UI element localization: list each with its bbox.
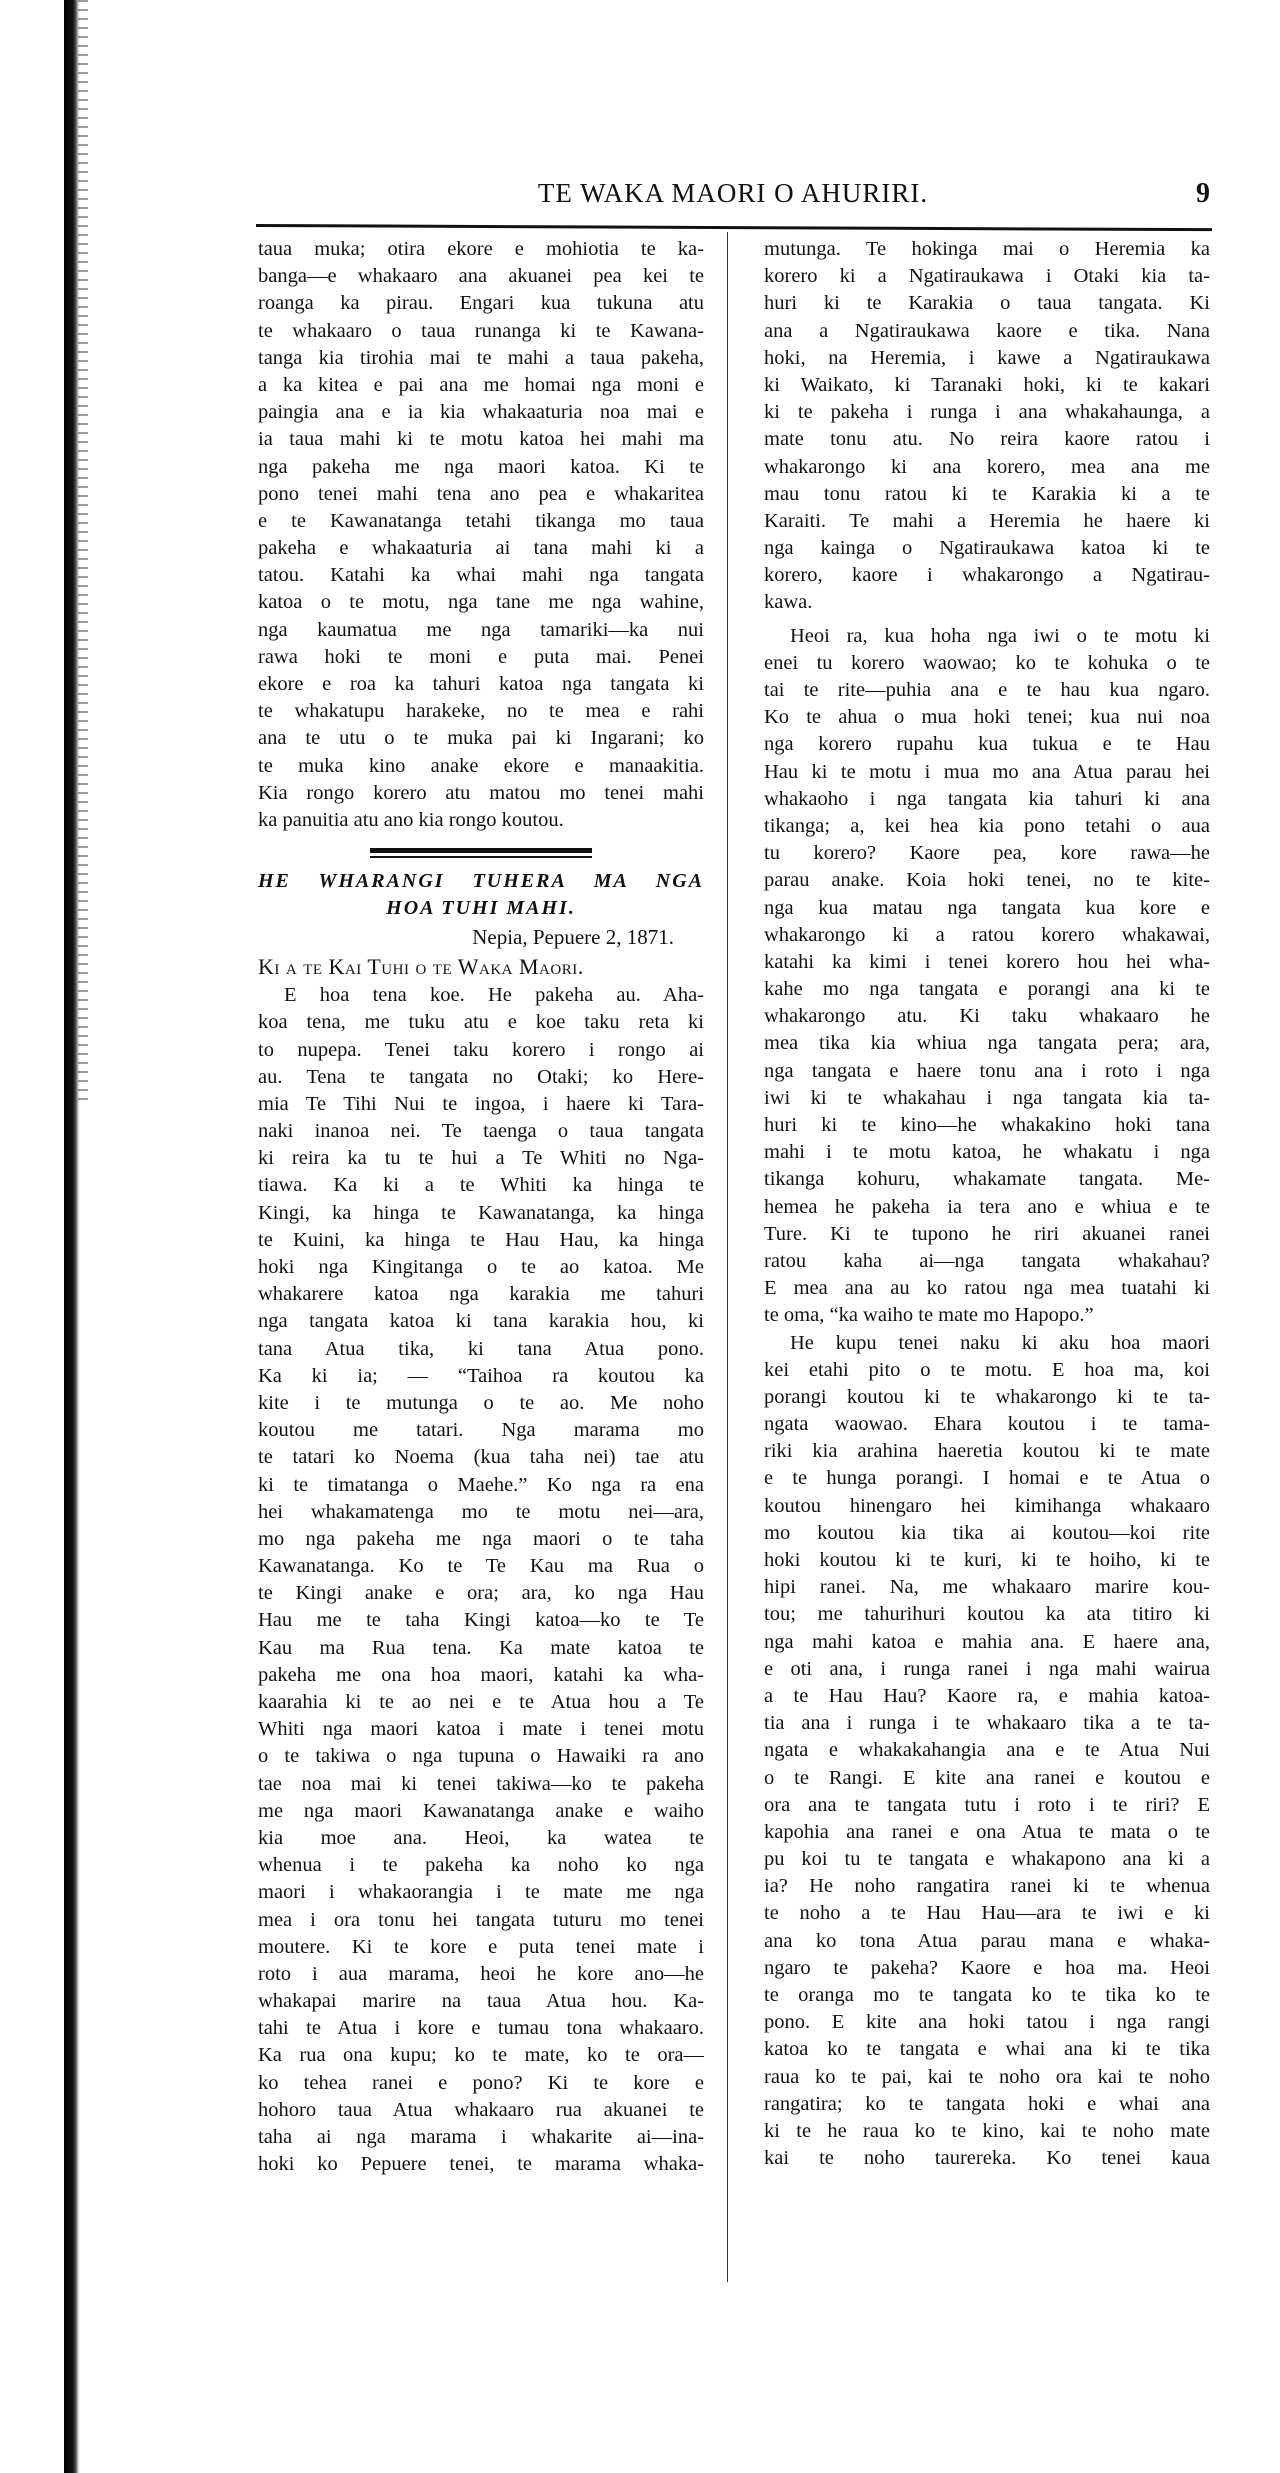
text-line: a te Hau Hau? Kaore ra, e mahia katoa- bbox=[764, 1683, 1210, 1710]
text-line: te oranga mo te tangata ko te tika ko te bbox=[764, 1982, 1210, 2009]
section-separator bbox=[370, 848, 592, 858]
text-line: mea tika kia whiua nga tangata pera; ara… bbox=[764, 1030, 1210, 1057]
text-line: ngata waowao. Ehara koutou i te tama- bbox=[764, 1411, 1210, 1438]
text-line: ora ana te tangata tutu i roto i te riri… bbox=[764, 1792, 1210, 1819]
letter-paragraph-1: mutunga. Te hokinga mai o Heremia kakore… bbox=[764, 236, 1210, 617]
text-line: whakarongo atu. Ki taku whakaaro he bbox=[764, 1003, 1210, 1030]
text-line: tikanga; a, kei hea kia pono tetahi o au… bbox=[764, 813, 1210, 840]
letter-headline-line2: HOA TUHI MAHI. bbox=[258, 895, 704, 922]
text-line: me nga maori Kawanatanga anake e waiho bbox=[258, 1798, 704, 1825]
right-column: mutunga. Te hokinga mai o Heremia kakore… bbox=[764, 236, 1210, 2172]
text-line: tu korero? Kaore pea, kore rawa—he bbox=[764, 840, 1210, 867]
text-line: nga tangata e haere tonu ana i roto i ng… bbox=[764, 1058, 1210, 1085]
text-line: Kia rongo korero atu matou mo tenei mahi bbox=[258, 780, 704, 807]
text-line: korero, kaore i whakarongo a Ngatirau- bbox=[764, 562, 1210, 589]
text-line: parau anake. Koia hoki tenei, no te kite… bbox=[764, 867, 1210, 894]
text-line: kawa. bbox=[764, 589, 1210, 616]
text-line: kia moe ana. Heoi, ka watea te bbox=[258, 1825, 704, 1852]
text-line: kite i te mutunga o te ao. Me noho bbox=[258, 1390, 704, 1417]
text-line: nga kaumatua me nga tamariki—ka nui bbox=[258, 617, 704, 644]
text-line: raua ko te pai, kai te noho ora kai te n… bbox=[764, 2064, 1210, 2091]
text-line: te Kingi anake e ora; ara, ko nga Hau bbox=[258, 1580, 704, 1607]
text-line: katoa o te motu, nga tane me nga wahine, bbox=[258, 589, 704, 616]
text-line: koutou me tatari. Nga marama mo bbox=[258, 1417, 704, 1444]
text-line: kai te noho taurereka. Ko tenei kaua bbox=[764, 2145, 1210, 2172]
text-line: te whakaaro o taua runanga ki te Kawana- bbox=[258, 318, 704, 345]
letter-body: E hoa tena koe. He pakeha au. Aha-koa te… bbox=[258, 982, 704, 2178]
text-line: katahi ka kimi i tenei korero hou hei wh… bbox=[764, 949, 1210, 976]
text-line: banga—e whakaaro ana akuanei pea kei te bbox=[258, 263, 704, 290]
text-line: korero ki a Ngatiraukawa i Otaki kia ta- bbox=[764, 263, 1210, 290]
text-line: He kupu tenei naku ki aku hoa maori bbox=[764, 1330, 1210, 1357]
text-line: pakeha e whakaaturia ai tana mahi ki a bbox=[258, 535, 704, 562]
text-line: hoki nga Kingitanga o te ao katoa. Me bbox=[258, 1254, 704, 1281]
text-line: Ture. Ki te tupono he riri akuanei ranei bbox=[764, 1221, 1210, 1248]
text-line: maori i whakaorangia i te mate me nga bbox=[258, 1879, 704, 1906]
text-line: ko tehea ranei e pono? Ki te kore e bbox=[258, 2070, 704, 2097]
text-line: rangatira; ko te tangata hoki e whai ana bbox=[764, 2091, 1210, 2118]
text-line: tia ana i runga i te whakaaro tika a te … bbox=[764, 1710, 1210, 1737]
text-line: te Kuini, ka hinga te Hau Hau, ka hinga bbox=[258, 1227, 704, 1254]
text-line: hemea he pakeha ia tera ano e whiua e te bbox=[764, 1194, 1210, 1221]
text-line: Hau me te taha Kingi katoa—ko te Te bbox=[258, 1607, 704, 1634]
text-line: mutunga. Te hokinga mai o Heremia ka bbox=[764, 236, 1210, 263]
text-line: tana Atua tika, ki tana Atua pono. bbox=[258, 1336, 704, 1363]
letter-headline-line1: HE WHARANGI TUHERA MA NGA bbox=[258, 868, 704, 895]
text-line: ngata e whakakahangia ana e te Atua Nui bbox=[764, 1737, 1210, 1764]
text-line: Ko te ahua o mua hoki tenei; kua nui noa bbox=[764, 704, 1210, 731]
text-line: pakeha me ona hoa maori, katahi ka wha- bbox=[258, 1662, 704, 1689]
text-line: nga pakeha me nga maori katoa. Ki te bbox=[258, 454, 704, 481]
text-line: Karaiti. Te mahi a Heremia he haere ki bbox=[764, 508, 1210, 535]
text-line: tatou. Katahi ka whai mahi nga tangata bbox=[258, 562, 704, 589]
text-line: mahi i te motu katoa, he whakatu i nga bbox=[764, 1139, 1210, 1166]
text-line: enei tu korero waowao; ko te kohuka o te bbox=[764, 650, 1210, 677]
running-title: TE WAKA MAORI O AHURIRI. bbox=[258, 178, 1208, 209]
text-line: whakaoho i nga tangata kia tahuri ki ana bbox=[764, 786, 1210, 813]
text-line: nga korero rupahu kua tukua e te Hau bbox=[764, 731, 1210, 758]
text-line: au. Tena te tangata no Otaki; ko Here- bbox=[258, 1064, 704, 1091]
left-column: taua muka; otira ekore e mohiotia te ka-… bbox=[258, 236, 704, 2178]
text-line: E hoa tena koe. He pakeha au. Aha- bbox=[258, 982, 704, 1009]
text-line: pono. E kite ana hoki tatou i nga rangi bbox=[764, 2009, 1210, 2036]
text-line: whakarere katoa nga karakia me tahuri bbox=[258, 1281, 704, 1308]
text-line: e oti ana, i runga ranei i nga mahi wair… bbox=[764, 1656, 1210, 1683]
text-line: nga tangata katoa ki tana karakia hou, k… bbox=[258, 1308, 704, 1335]
text-line: Ka rua ona kupu; ko te mate, ko te ora— bbox=[258, 2042, 704, 2069]
letter-dateline: Nepia, Pepuere 2, 1871. bbox=[258, 922, 704, 952]
text-line: kaarahia ki te ao nei e te Atua hou a Te bbox=[258, 1689, 704, 1716]
text-line: mo nga pakeha me nga maori o te taha bbox=[258, 1526, 704, 1553]
text-line: Ka ki ia; — “Taihoa ra koutou ka bbox=[258, 1363, 704, 1390]
text-line: tahi te Atua i kore e tumau tona whakaar… bbox=[258, 2015, 704, 2042]
letter-salutation: Ki a te Kai Tuhi o te Waka Maori. bbox=[258, 952, 704, 982]
text-line: pu koi tu te tangata e whakapono ana ki … bbox=[764, 1846, 1210, 1873]
text-line: to nupepa. Tenei taku korero i rongo ai bbox=[258, 1037, 704, 1064]
text-line: nga mahi katoa e mahia ana. E haere ana, bbox=[764, 1629, 1210, 1656]
text-line: mau tonu ratou ki te Karakia ki a te bbox=[764, 481, 1210, 508]
text-line: ngaro te pakeha? Kaore e hoa ma. Heoi bbox=[764, 1955, 1210, 1982]
text-line: ekore e roa ka tahuri katoa nga tangata … bbox=[258, 671, 704, 698]
text-line: mia Te Tihi Nui te ingoa, i haere ki Tar… bbox=[258, 1091, 704, 1118]
text-line: ki te pakeha i runga i ana whakahaunga, … bbox=[764, 399, 1210, 426]
text-line: tikanga kohuru, whakamate tangata. Me- bbox=[764, 1166, 1210, 1193]
text-line: o te takiwa o nga tupuna o Hawaiki ra an… bbox=[258, 1743, 704, 1770]
text-line: koa tena, me tuku atu e koe taku reta ki bbox=[258, 1009, 704, 1036]
text-line: o te Rangi. E kite ana ranei e koutou e bbox=[764, 1765, 1210, 1792]
text-line: tanga kia tirohia mai te mahi a taua pak… bbox=[258, 345, 704, 372]
text-line: kapohia ana ranei e ona Atua te mata o t… bbox=[764, 1819, 1210, 1846]
text-line: whakarongo ki ana korero, mea ana me bbox=[764, 454, 1210, 481]
text-line: ana ko tona Atua parau mana e whaka- bbox=[764, 1928, 1210, 1955]
text-line: roanga ka pirau. Engari kua tukuna atu bbox=[258, 290, 704, 317]
text-line: whenua i te pakeha ka noho ko nga bbox=[258, 1852, 704, 1879]
text-line: nga kainga o Ngatiraukawa katoa ki te bbox=[764, 535, 1210, 562]
text-line: te noho a te Hau Hau—ara te iwi e ki bbox=[764, 1900, 1210, 1927]
text-line: hoki, na Heremia, i kawe a Ngatiraukawa bbox=[764, 345, 1210, 372]
text-line: ia taua mahi ki te motu katoa hei mahi m… bbox=[258, 426, 704, 453]
text-line: katoa ko te tangata e whai ana ki te tik… bbox=[764, 2036, 1210, 2063]
text-line: e te Kawanatanga tetahi tikanga mo taua bbox=[258, 508, 704, 535]
text-line: kei etahi pito o te motu. E hoa ma, koi bbox=[764, 1357, 1210, 1384]
text-line: riki kia arahina haeretia koutou ki te m… bbox=[764, 1438, 1210, 1465]
text-line: te muka kino anake ekore e manaakitia. bbox=[258, 753, 704, 780]
text-line: moutere. Ki te kore e puta tenei mate i bbox=[258, 1934, 704, 1961]
text-line: hohoro taua Atua whakaaro rua akuanei te bbox=[258, 2097, 704, 2124]
text-line: tai te rite—puhia ana e te hau kua ngaro… bbox=[764, 677, 1210, 704]
text-line: pono tenei mahi tena ano pea e whakarite… bbox=[258, 481, 704, 508]
text-line: roto i aua marama, heoi he kore ano—he bbox=[258, 1961, 704, 1988]
text-line: ki Waikato, ki Taranaki hoki, ki te kaka… bbox=[764, 372, 1210, 399]
text-line: whakapai marire na taua Atua hou. Ka- bbox=[258, 1988, 704, 2015]
text-line: Heoi ra, kua hoha nga iwi o te motu ki bbox=[764, 623, 1210, 650]
running-head: TE WAKA MAORI O AHURIRI. 9 bbox=[258, 178, 1208, 218]
text-line: Kau ma Rua tena. Ka mate katoa te bbox=[258, 1635, 704, 1662]
text-line: ki te he raua ko te kino, kai te noho ma… bbox=[764, 2118, 1210, 2145]
text-line: whakarongo ki a ratou korero whakawai, bbox=[764, 922, 1210, 949]
text-line: hei whakamatenga mo te motu nei—ara, bbox=[258, 1499, 704, 1526]
text-line: Kingi, ka hinga te Kawanatanga, ka hinga bbox=[258, 1200, 704, 1227]
text-line: porangi koutou ki te whakarongo ki te ta… bbox=[764, 1384, 1210, 1411]
page-number: 9 bbox=[1196, 178, 1210, 210]
text-line: ia? He noho rangatira ranei ki te whenua bbox=[764, 1873, 1210, 1900]
header-rule bbox=[256, 224, 1212, 231]
text-line: ka panuitia atu ano kia rongo koutou. bbox=[258, 807, 704, 834]
article-continuation: taua muka; otira ekore e mohiotia te ka-… bbox=[258, 236, 704, 834]
column-divider bbox=[727, 232, 728, 2282]
letter-paragraph-2: Heoi ra, kua hoha nga iwi o te motu kien… bbox=[764, 623, 1210, 1330]
text-line: taha ai nga marama i whakarite ai—ina- bbox=[258, 2124, 704, 2151]
text-line: ki te timatanga o Maehe.” Ko nga ra ena bbox=[258, 1472, 704, 1499]
text-line: iwi ki te whakahau i nga tangata kia ta- bbox=[764, 1085, 1210, 1112]
text-line: mea i ora tonu hei tangata tuturu mo ten… bbox=[258, 1907, 704, 1934]
text-line: Kawanatanga. Ko te Te Kau ma Rua o bbox=[258, 1553, 704, 1580]
text-line: hipi ranei. Na, me whakaaro marire kou- bbox=[764, 1574, 1210, 1601]
text-line: te oma, “ka waiho te mate mo Hapopo.” bbox=[764, 1302, 1210, 1329]
text-line: mo koutou kia tika ai koutou—koi rite bbox=[764, 1520, 1210, 1547]
text-line: kahe mo nga tangata e porangi ana ki te bbox=[764, 976, 1210, 1003]
binding-scan-noise bbox=[78, 0, 88, 1100]
text-line: te tatari ko Noema (kua taha nei) tae at… bbox=[258, 1444, 704, 1471]
text-line: hoki koutou ki te kuri, ki te hoiho, ki … bbox=[764, 1547, 1210, 1574]
text-line: ki reira ka tu te hui a Te Whiti no Nga- bbox=[258, 1145, 704, 1172]
text-line: rawa hoki te moni e puta mai. Penei bbox=[258, 644, 704, 671]
text-line: e te hunga porangi. I homai e te Atua o bbox=[764, 1465, 1210, 1492]
text-line: huri ki te kino—he whakakino hoki tana bbox=[764, 1112, 1210, 1139]
text-line: ratou kaha ai—nga tangata whakahau? bbox=[764, 1248, 1210, 1275]
text-line: huri ki te Karakia o taua tangata. Ki bbox=[764, 290, 1210, 317]
text-line: Whiti nga maori katoa i mate i tenei mot… bbox=[258, 1716, 704, 1743]
text-line: ana a Ngatiraukawa kaore e tika. Nana bbox=[764, 318, 1210, 345]
text-line: tou; me tahurihuri koutou ka ata titiro … bbox=[764, 1601, 1210, 1628]
text-line: E mea ana au ko ratou nga mea tuatahi ki bbox=[764, 1275, 1210, 1302]
text-line: tae noa mai ki tenei takiwa—ko te pakeha bbox=[258, 1771, 704, 1798]
text-line: Hau ki te motu i mua mo ana Atua parau h… bbox=[764, 759, 1210, 786]
text-line: taua muka; otira ekore e mohiotia te ka- bbox=[258, 236, 704, 263]
text-line: mate tonu atu. No reira kaore ratou i bbox=[764, 426, 1210, 453]
text-line: naki inanoa nei. Te taenga o taua tangat… bbox=[258, 1118, 704, 1145]
text-line: nga kua matau nga tangata kua kore e bbox=[764, 895, 1210, 922]
text-line: ana te utu o te muka pai ki Ingarani; ko bbox=[258, 725, 704, 752]
text-line: hoki ko Pepuere tenei, te marama whaka- bbox=[258, 2151, 704, 2178]
text-line: a ka kitea e pai ana me homai nga moni e bbox=[258, 372, 704, 399]
text-line: tiawa. Ka ki a te Whiti ka hinga te bbox=[258, 1172, 704, 1199]
letter-paragraph-3: He kupu tenei naku ki aku hoa maorikei e… bbox=[764, 1330, 1210, 2173]
text-line: koutou hinengaro hei kimihanga whakaaro bbox=[764, 1493, 1210, 1520]
text-line: paingia ana e ia kia whakaaturia noa mai… bbox=[258, 399, 704, 426]
text-line: te whakatupu harakeke, no te mea e rahi bbox=[258, 698, 704, 725]
